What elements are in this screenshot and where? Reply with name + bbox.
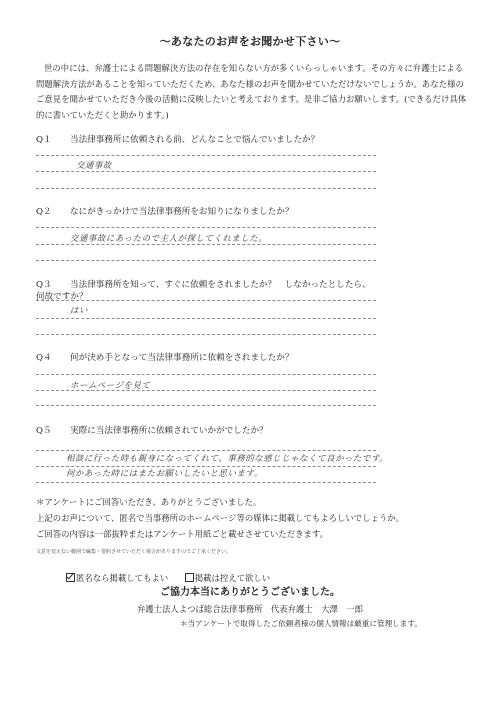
privacy-note: ＊当アンケートで取得したご依頼者様の個人情報は厳重に管理します。 [180, 618, 422, 629]
answer-line [36, 244, 376, 245]
answer-5-line-1: 相談に行った時も親身になってくれて、事務的な感じじゃなくて良かったです。 [66, 452, 388, 464]
answer-line [36, 482, 376, 483]
closing-thanks: ご協力本当にありがとうございました。 [0, 583, 500, 598]
answer-line [36, 390, 376, 391]
intro-text: 世の中には、弁護士による問題解決方法の存在を知らない方が多くいらっしゃいます。そ… [36, 61, 468, 123]
answer-line [36, 227, 376, 228]
answer-line [36, 334, 376, 335]
answer-3: はい [70, 304, 88, 316]
checkbox-checked-icon[interactable] [66, 573, 75, 582]
answer-2: 交通事故にあったので主人が探してくれました。 [70, 232, 267, 244]
question-5: Q５実際に当法律事務所に依頼されていかがでしたか？ [36, 425, 376, 437]
survey-thanks: ＊アンケートにご回答いただき、ありがとうございました。 [36, 495, 261, 510]
question-2: Q２なにがきっかけで当法律事務所をお知りになりましたか？ [36, 206, 376, 218]
answer-line [36, 405, 376, 406]
edit-note: 文意を変えない範囲で編集・要約させていただく場合がありますのでご了承ください。 [36, 548, 231, 555]
answer-line [36, 374, 376, 375]
publish-question: 上記のお声について、匿名で当事務所のホームページ等の媒体に掲載してもよろしいでし… [36, 511, 404, 526]
option-anonymous-ok[interactable]: 匿名なら掲載してもよい [66, 573, 168, 583]
answer-line [36, 260, 376, 261]
answer-line [36, 171, 376, 172]
answer-line [36, 155, 376, 156]
answer-1: 交通事故 [76, 159, 112, 171]
answer-line [36, 318, 376, 319]
checkbox-empty-icon[interactable] [185, 573, 194, 582]
publish-note: ご回答の内容は一部抜粋またはアンケート用紙ごと載せさせていただきます。 [36, 527, 328, 542]
option-decline[interactable]: 掲載は控えて欲しい [185, 573, 270, 583]
answer-line [36, 450, 376, 451]
firm-signature: 弁護士法人よつば総合法律事務所 代表弁護士 大澤 一郎 [0, 603, 500, 615]
question-4: Q４何が決め手となって当法律事務所に依頼をされましたか？ [36, 352, 376, 364]
page-title: ～あなたのお声をお聞かせ下さい～ [0, 33, 500, 49]
answer-5-line-2: 何かあった時にはまたお願いしたいと思います。 [66, 467, 263, 479]
answer-line [36, 188, 376, 189]
question-1: Q１当法律事務所に依頼される前、どんなことで悩んでいましたか？ [36, 134, 376, 146]
answer-line [36, 300, 376, 301]
